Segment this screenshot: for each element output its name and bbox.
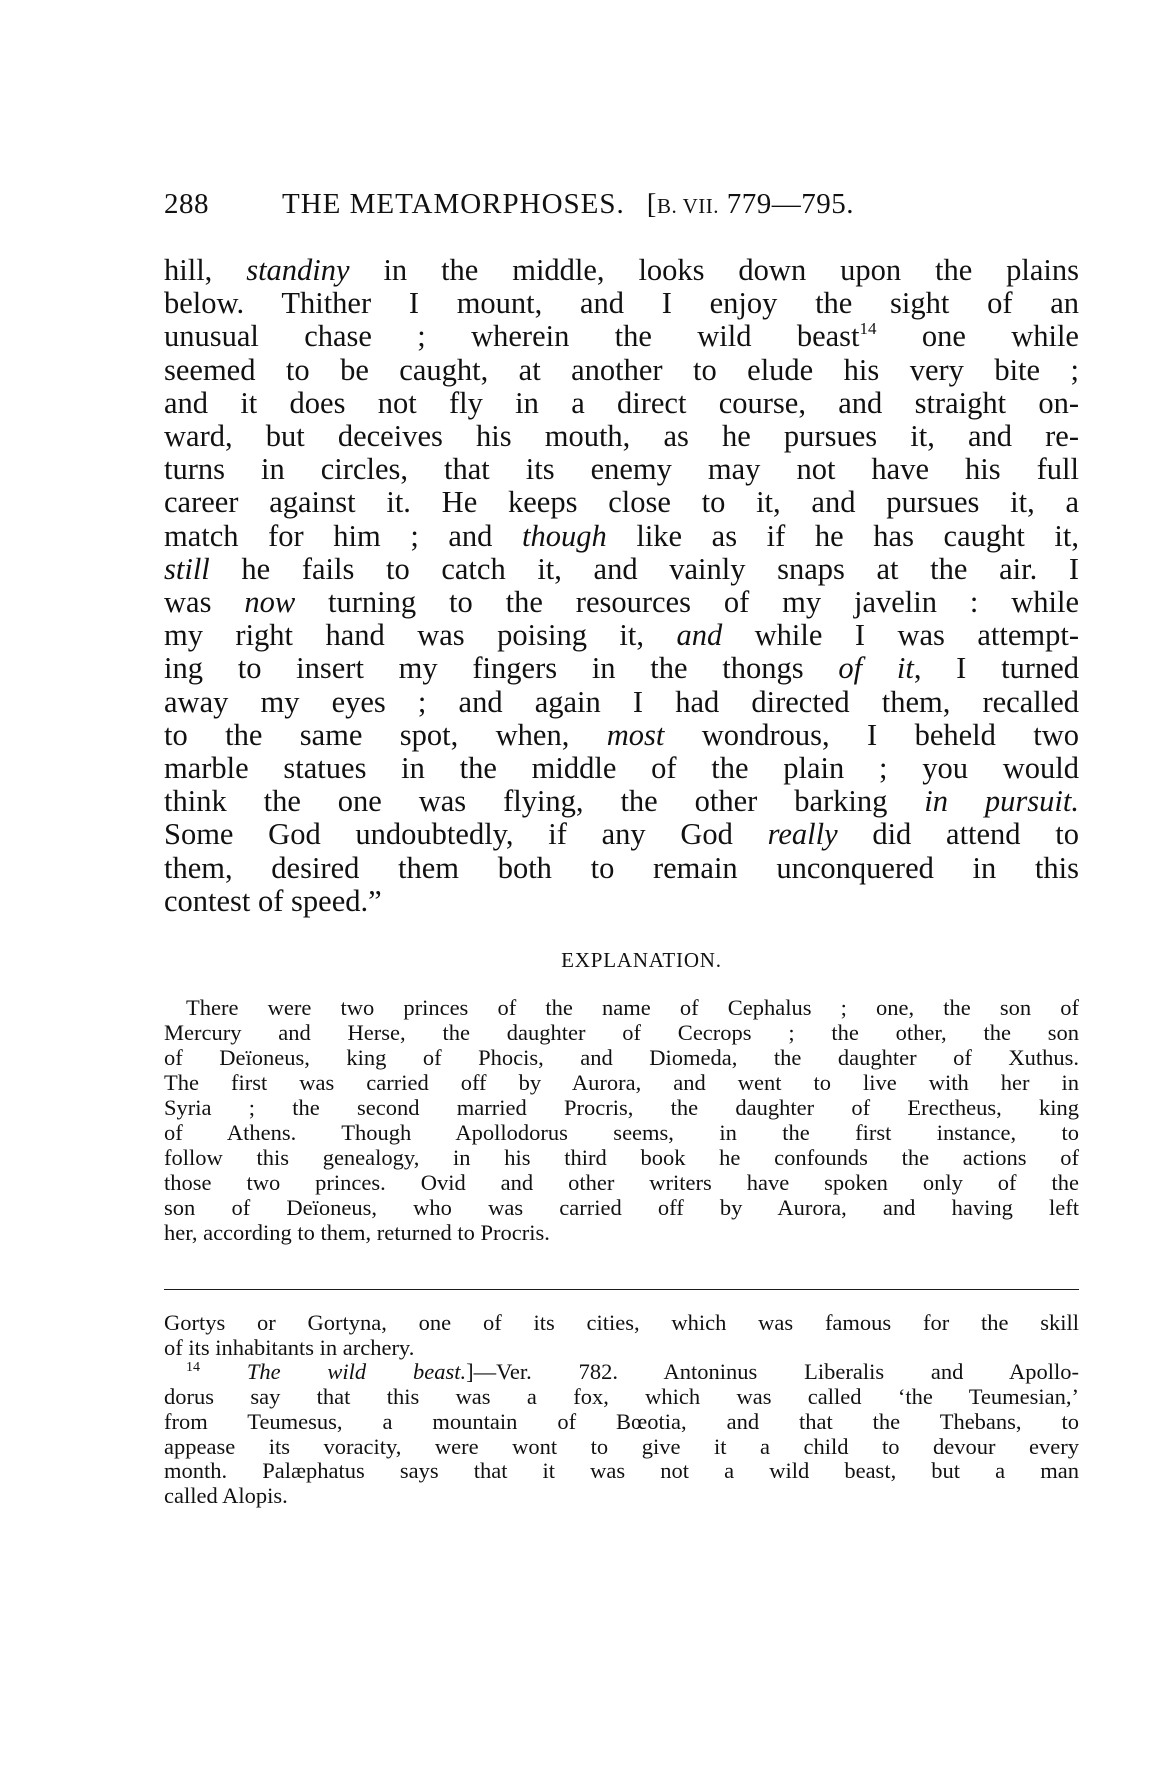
text-line: those two princes. Ovid and other writer… — [164, 1170, 1079, 1195]
text-line: of its inhabitants in archery. — [164, 1336, 1079, 1361]
text-run — [200, 1359, 247, 1384]
text-line: seemed to be caught, at another to elude… — [164, 354, 1079, 387]
text-line: 14 The wild beast.]—Ver. 782. Antoninus … — [164, 1360, 1079, 1385]
footnotes: Gortys or Gortyna, one of its cities, wh… — [164, 1311, 1079, 1509]
italic-text: really — [768, 817, 838, 851]
text-run: of its inhabitants in archery. — [164, 1335, 414, 1360]
text-line: from Teumesus, a mountain of Bœotia, and… — [164, 1410, 1079, 1435]
footnote-marker: 14 — [186, 1360, 200, 1375]
text-run: career against it. He keeps close to it,… — [164, 485, 1079, 519]
text-line: unusual chase ; wherein the wild beast14… — [164, 320, 1079, 353]
text-run: month. Palæphatus says that it was not a… — [164, 1458, 1079, 1483]
text-run: like as if he has caught it, — [607, 519, 1079, 553]
text-run: in the middle, looks down upon the plain… — [350, 253, 1079, 287]
text-run: them, desired them both to remain unconq… — [164, 851, 1079, 885]
text-run: to the same spot, when, — [164, 718, 607, 752]
text-line: There were two princes of the name of Ce… — [164, 995, 1079, 1020]
text-line: marble statues in the middle of the plai… — [164, 752, 1079, 785]
text-run: below. Thither I mount, and I enjoy the … — [164, 286, 1079, 320]
italic-text: standiny — [246, 253, 349, 287]
italic-text: of it — [838, 651, 913, 685]
text-line: dorus say that this was a fox, which was… — [164, 1385, 1079, 1410]
explanation-heading: EXPLANATION. — [164, 948, 1079, 973]
explanation-body: There were two princes of the name of Ce… — [164, 995, 1079, 1245]
text-run: away my eyes ; and again I had directed … — [164, 685, 1079, 719]
text-run: was — [164, 585, 244, 619]
text-line: Some God undoubtedly, if any God really … — [164, 818, 1079, 851]
italic-text: still — [164, 552, 210, 586]
text-run: one while — [877, 319, 1079, 353]
running-head: 288 THE METAMORPHOSES. [B. VII. 779—795. — [164, 188, 1079, 228]
text-line: them, desired them both to remain unconq… — [164, 852, 1079, 885]
italic-text: though — [522, 519, 607, 553]
italic-text: in pursuit. — [924, 784, 1079, 818]
text-run: called Alopis. — [164, 1483, 288, 1508]
text-run: think the one was flying, the other bark… — [164, 784, 924, 818]
text-line: contest of speed.” — [164, 885, 1079, 918]
text-run: Some God undoubtedly, if any God — [164, 817, 768, 851]
text-run: turning to the resources of my javelin :… — [295, 585, 1079, 619]
text-run: Gortys or Gortyna, one of its cities, wh… — [164, 1310, 1079, 1335]
book-page: 288 THE METAMORPHOSES. [B. VII. 779—795.… — [164, 188, 1079, 1509]
text-line: Gortys or Gortyna, one of its cities, wh… — [164, 1311, 1079, 1336]
text-line: son of Deïoneus, who was carried off by … — [164, 1195, 1079, 1220]
italic-text: most — [607, 718, 665, 752]
footnote-marker: 14 — [860, 319, 877, 338]
text-line: my right hand was poising it, and while … — [164, 619, 1079, 652]
text-run: hill, — [164, 253, 246, 287]
text-run: wondrous, I beheld two — [664, 718, 1079, 752]
italic-text: now — [244, 585, 295, 619]
book-number: B. VII. — [657, 194, 719, 218]
text-line: hill, standiny in the middle, looks down… — [164, 254, 1079, 287]
text-line: appease its voracity, were wont to give … — [164, 1435, 1079, 1460]
text-line: of Athens. Though Apollodorus seems, in … — [164, 1120, 1079, 1145]
text-line: was now turning to the resources of my j… — [164, 586, 1079, 619]
text-line: Mercury and Herse, the daughter of Cecro… — [164, 1020, 1079, 1045]
text-line: Syria ; the second married Procris, the … — [164, 1095, 1079, 1120]
text-run: seemed to be caught, at another to elude… — [164, 353, 1079, 387]
text-run: ward, but deceives his mouth, as he purs… — [164, 419, 1079, 453]
text-run: ]—Ver. 782. Antoninus Liberalis and Apol… — [466, 1359, 1079, 1384]
text-run: ing to insert my fingers in the thongs — [164, 651, 838, 685]
text-run: appease its voracity, were wont to give … — [164, 1434, 1079, 1459]
text-line: and it does not fly in a direct course, … — [164, 387, 1079, 420]
text-run: turns in circles, that its enemy may not… — [164, 452, 1079, 486]
text-line: to the same spot, when, most wondrous, I… — [164, 719, 1079, 752]
text-line: ing to insert my fingers in the thongs o… — [164, 652, 1079, 685]
footnote-divider — [164, 1289, 1079, 1290]
page-number: 288 — [164, 188, 282, 221]
text-line: below. Thither I mount, and I enjoy the … — [164, 287, 1079, 320]
text-line: The first was carried off by Aurora, and… — [164, 1070, 1079, 1095]
main-text-body: hill, standiny in the middle, looks down… — [164, 254, 1079, 918]
italic-text: and — [676, 618, 722, 652]
text-line: still he fails to catch it, and vainly s… — [164, 553, 1079, 586]
verse-range: 779—795. — [727, 188, 854, 220]
text-line: away my eyes ; and again I had directed … — [164, 686, 1079, 719]
text-run: my right hand was poising it, — [164, 618, 676, 652]
text-run: contest of speed.” — [164, 884, 382, 918]
bracket: [ — [647, 188, 657, 220]
text-line: follow this genealogy, in his third book… — [164, 1145, 1079, 1170]
text-line: month. Palæphatus says that it was not a… — [164, 1459, 1079, 1484]
text-run: unusual chase ; wherein the wild beast — [164, 319, 860, 353]
text-line: her, according to them, returned to Proc… — [164, 1220, 1079, 1245]
text-run: did attend to — [838, 817, 1079, 851]
text-line: turns in circles, that its enemy may not… — [164, 453, 1079, 486]
text-run: from Teumesus, a mountain of Bœotia, and… — [164, 1409, 1079, 1434]
text-line: of Deïoneus, king of Phocis, and Diomeda… — [164, 1045, 1079, 1070]
text-line: ward, but deceives his mouth, as he purs… — [164, 420, 1079, 453]
text-run: dorus say that this was a fox, which was… — [164, 1384, 1079, 1409]
text-run: and it does not fly in a direct course, … — [164, 386, 1079, 420]
text-run: he fails to catch it, and vainly snaps a… — [210, 552, 1079, 586]
text-line: career against it. He keeps close to it,… — [164, 486, 1079, 519]
text-line: called Alopis. — [164, 1484, 1079, 1509]
book-reference: [B. VII. 779—795. — [647, 188, 854, 221]
text-run: while I was attempt- — [722, 618, 1079, 652]
italic-text: The wild beast. — [247, 1359, 466, 1384]
text-line: think the one was flying, the other bark… — [164, 785, 1079, 818]
book-title: THE METAMORPHOSES. — [282, 188, 625, 221]
text-run: , I turned — [914, 651, 1079, 685]
text-run: match for him ; and — [164, 519, 522, 553]
text-run: marble statues in the middle of the plai… — [164, 751, 1079, 785]
text-line: match for him ; and though like as if he… — [164, 520, 1079, 553]
